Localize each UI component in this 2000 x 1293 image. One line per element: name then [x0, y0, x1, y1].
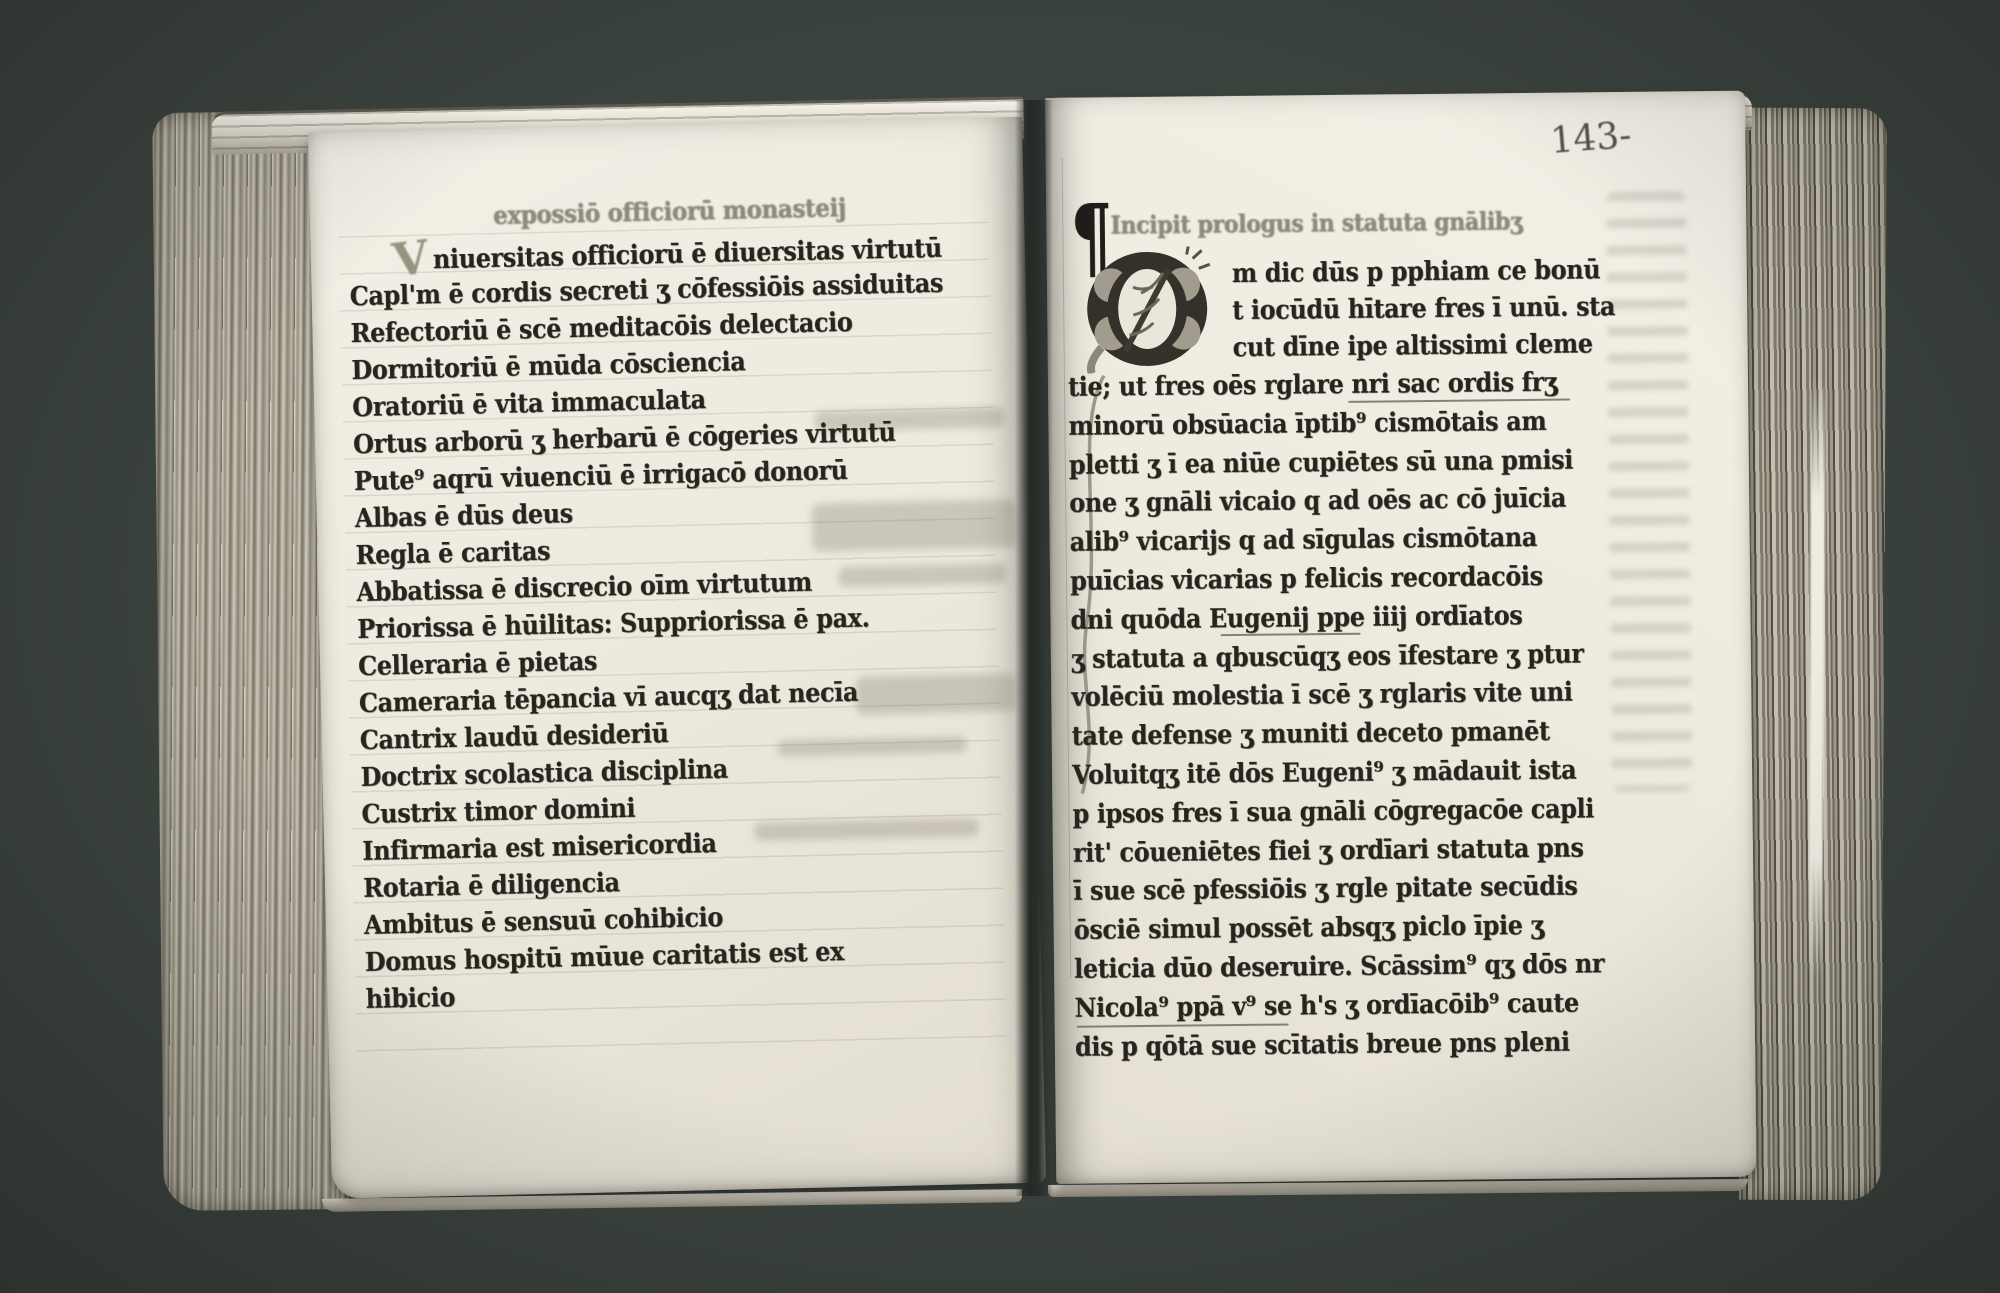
right-page-header: Incipit prologus in statuta gnālibʒ: [1110, 202, 1626, 249]
manuscript-line: tate defense ʒ muniti deceto pmanēt: [1071, 712, 1631, 757]
left-page-text-block: expossiō officiorū monasteij Vniuersitas…: [348, 188, 1006, 1019]
folio-number: 143-: [1549, 115, 1633, 162]
manuscript-line: one ʒ gnāli vicaio q ad oēs ac cō juīcia: [1069, 479, 1629, 524]
decorated-initial-q: [1077, 246, 1220, 373]
right-page: 143- ¶ Incipit prologus in statuta gnāli…: [1045, 91, 1756, 1184]
manuscript-line: dis p qōtā sue scītatis breue pns pleni: [1075, 1022, 1635, 1067]
manuscript-line: p ipsos fres ī sua gnāli cōgregacōe capl…: [1072, 790, 1632, 835]
manuscript-line: minorū obsūacia īptib⁹ cismōtais am: [1068, 402, 1628, 447]
manuscript-line: alib⁹ vicarijs q ad sīgulas cismōtana: [1069, 518, 1629, 563]
left-page: expossiō officiorū monasteij Vniuersitas…: [308, 117, 1046, 1199]
manuscript-line: leticia dūo deseruire. Scāssim⁹ qʒ dōs n…: [1074, 945, 1634, 990]
manuscript-line: Nicola⁹ ppā v⁹ se h's ʒ ordīacōib⁹ caute: [1074, 984, 1634, 1029]
manuscript-line: ī sue scē pfessiōis ʒ rgle pitate secūdi…: [1073, 867, 1633, 912]
right-page-text-block: ¶ Incipit prologus in statuta gnālibʒ: [1066, 202, 1635, 1067]
manuscript-line: rit' cōueniētes fiei ʒ ordīari statuta p…: [1073, 828, 1633, 873]
manuscript-photograph: expossiō officiorū monasteij Vniuersitas…: [0, 0, 2000, 1293]
manuscript-line: ōsciē simul possēt absqʒ piclo īpie ʒ: [1074, 906, 1634, 951]
manuscript-line: puīcias vicarias p felicis recordacōis: [1070, 557, 1630, 602]
manuscript-line: volēciū molestia ī scē ʒ rglaris vite un…: [1071, 673, 1631, 718]
decorated-initial-artwork: [1077, 246, 1220, 373]
right-fore-edge-stack: [1739, 108, 1887, 1201]
manuscript-line: Voluitqʒ itē dōs Eugeni⁹ ʒ mādauit ista: [1072, 751, 1632, 796]
manuscript-line: ʒ statuta a qbuscūqʒ eos īfestare ʒ ptur: [1071, 634, 1631, 679]
manuscript-line: pletti ʒ ī ea niūe cupiētes sū una pmisi: [1069, 441, 1629, 486]
manuscript-line: t iocūdū hītare fres ī unū. sta: [1232, 289, 1627, 330]
manuscript-line: m dic dūs p pphiam ce bonū: [1232, 252, 1627, 293]
book-gutter-shadow: [1015, 100, 1053, 1196]
faded-initial-letter: V: [391, 239, 431, 280]
manuscript-line: cut dīne ipe altissimi cleme: [1232, 326, 1627, 367]
